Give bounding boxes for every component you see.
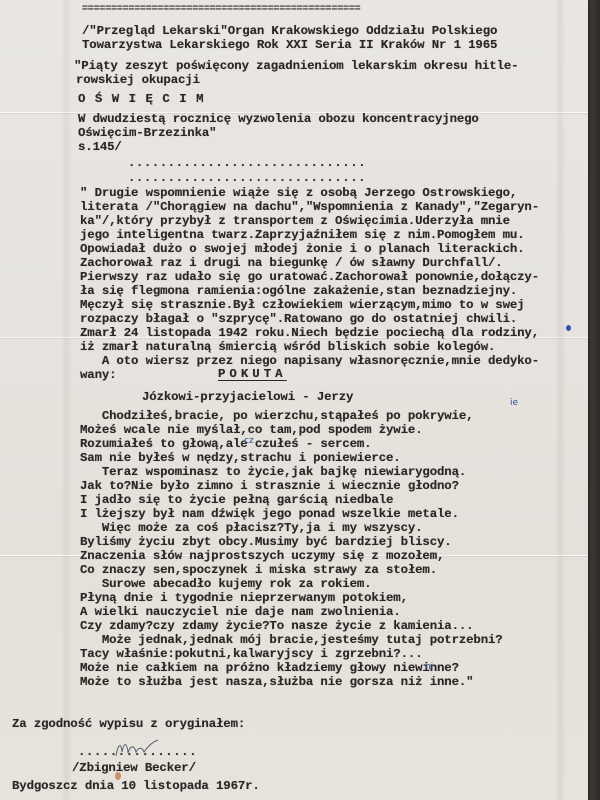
handwritten-signature-icon [112, 738, 162, 760]
memoir-line: A oto wiersz przez niego napisany własno… [80, 355, 539, 367]
poem-line: Jak to?Nie było zimno i strasznie i wiec… [80, 480, 459, 492]
background-surface [586, 0, 600, 800]
memoir-line: Opowiadał dużo o swojej młodej żonie i o… [80, 243, 524, 255]
memoir-line: rozpaczy błagał o "szprycę".Ratowano go … [80, 313, 517, 325]
poem-line: Płyną dnie i tygodnie nieprzerwanym poto… [80, 592, 408, 604]
citation-line-3: "Piąty zeszyt poświęcony zagadnieniom le… [74, 60, 518, 72]
memoir-line: " Drugie wspomnienie wiąże się z osobą J… [80, 187, 517, 199]
ink-dot [566, 325, 571, 331]
poem-line: Teraz wspominasz to życie,jak bajkę niew… [80, 466, 466, 478]
memoir-line: Męczył się strasznie.Był człowiekiem wie… [80, 299, 524, 311]
poem-title: POKUTA [218, 368, 287, 380]
poem-line: Co znaczy sen,spoczynek i miska strawy z… [80, 564, 437, 576]
poem-line: Sam nie byłeś w nędzy,strachu i poniewie… [80, 452, 401, 464]
dots-separator-2: .............................. [128, 172, 366, 184]
citation-line-5: W dwudziestą rocznicę wyzwolenia obozu k… [78, 113, 479, 125]
signatory-name: /Zbigniew Becker/ [72, 762, 196, 774]
poem-line: Czy zdamy?czy zdamy życie?To nasze życie… [80, 620, 473, 632]
poem-line: Może to służba jest nasza,służba nie gor… [80, 676, 473, 688]
memoir-line: Zachorował raz i drugi na biegunkę / ów … [80, 257, 503, 269]
memoir-line: jego inteligentna twarz.Zaprzyjaźniłem s… [80, 229, 524, 241]
memoir-line: Pierwszy raz udało się go uratować.Zacho… [80, 271, 539, 283]
memoir-line: iż zmarł naturalną śmiercią wśród bliski… [80, 341, 495, 353]
poem-line: I jadło się to życie pełną garścią niedb… [80, 494, 393, 506]
memoir-line: ła się flegmona ramienia:ogólne zakażeni… [80, 285, 517, 297]
handwritten-correction: ni [425, 662, 433, 672]
page-reference: s.145/ [78, 141, 122, 153]
memoir-line: Zmarł 24 listopada 1942 roku.Niech będzi… [80, 327, 539, 339]
poem-line: Może nie całkiem na próżno kładziemy gło… [80, 662, 459, 674]
dots-separator-1: .............................. [128, 157, 366, 169]
citation-line-4: rowskiej okupacji [76, 74, 200, 86]
poem-dedication: Józkowi-przyjacielowi - Jerzy [142, 391, 353, 403]
poem-line: Znaczenia słów najprostszych uczymy się … [80, 550, 444, 562]
memoir-line: wany: [80, 369, 116, 381]
place-and-date: Bydgoszcz dnia 10 listopada 1967r. [12, 780, 260, 792]
citation-line-6: Oświęcim-Brzezinka" [78, 127, 216, 139]
poem-line: Możeś wcale nie myślał,co tam,pod spodem… [80, 424, 422, 436]
citation-line-1: /"Przegląd Lekarski"Organ Krakowskiego O… [82, 25, 497, 37]
handwritten-correction: ie [510, 398, 518, 408]
citation-line-2: Towarzystwa Lekarskiego Rok XXI Seria II… [82, 39, 497, 51]
memoir-line: ka"/,który przybył z transportem z Oświę… [80, 215, 510, 227]
certification-statement: Za zgodność wypisu z oryginałem: [12, 718, 245, 730]
poem-line: Może jednak,jednak mój bracie,jesteśmy t… [80, 634, 503, 646]
poem-line: Byliśmy życiu zbyt obcy.Musimy być bardz… [80, 536, 452, 548]
memoir-line: literata /"Chorągiew na dachu","Wspomnie… [80, 201, 539, 213]
poem-line: A wielki nauczyciel nie daje nam zwolnie… [80, 606, 401, 618]
poem-line: Surowe abecadło kujemy rok za rokiem. [80, 578, 371, 590]
section-heading: O Ś W I Ę C I M [78, 93, 205, 105]
poem-line: Chodziłeś,bracie, po wierzchu,stąpałeś p… [80, 410, 473, 422]
document-text: ========================================… [0, 0, 15, 720]
poem-line: Rozumiałeś to głową,ale czułeś - sercem. [80, 438, 371, 450]
poem-line: Więc może za coś płacisz?Ty,ja i my wszy… [80, 522, 422, 534]
poem-line: I lżejszy był nam dźwięk jego ponad wsze… [80, 508, 459, 520]
separator-rule: ========================================… [82, 5, 360, 15]
handwritten-correction: cz [244, 436, 254, 446]
poem-line: Tacy właśnie:pokutni,kalwaryjscy i zgrze… [80, 648, 422, 660]
